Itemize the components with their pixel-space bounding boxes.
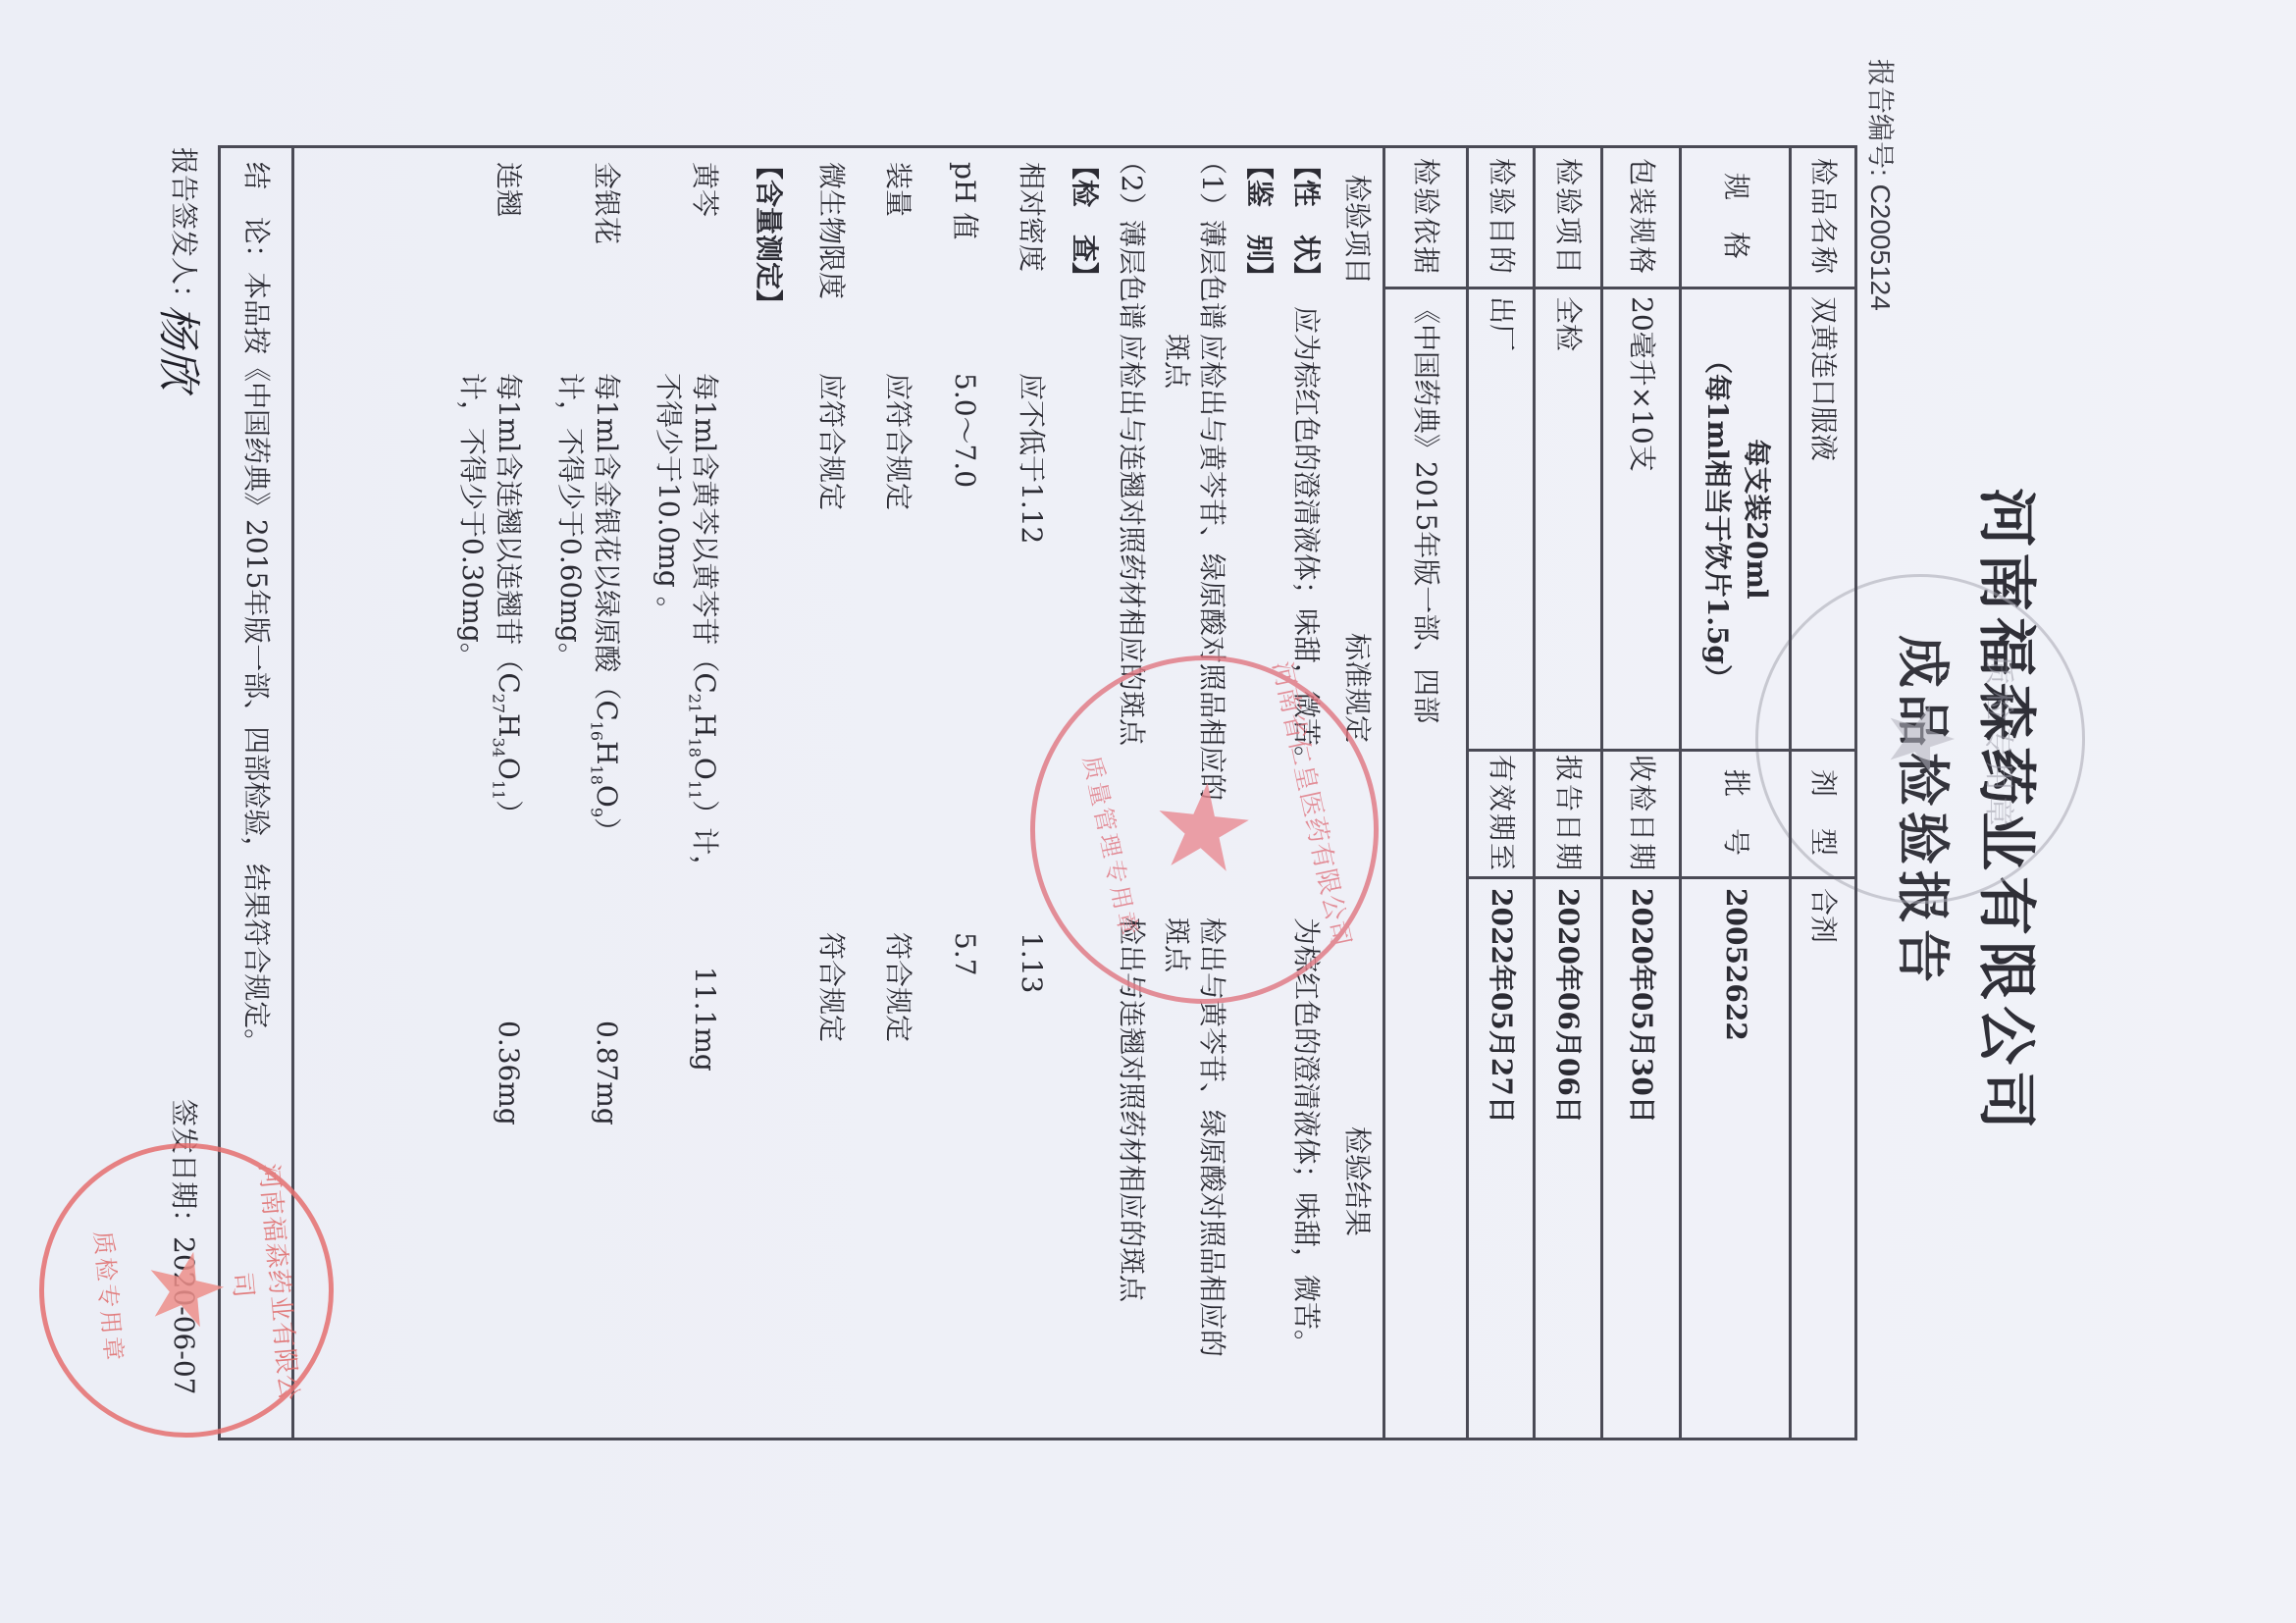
product-name-value: 双黄连口服液 — [1792, 296, 1855, 748]
conclusion: 结 论：本品按《中国药典》2015年版一部、四部检验，结果符合规定。 — [239, 162, 273, 1056]
report-number-value: C2005124 — [1865, 184, 1896, 311]
formula-suffix: ） — [591, 817, 623, 845]
identification-1-item: （1）薄层色谱 — [1195, 147, 1228, 330]
element-o: O — [591, 785, 623, 808]
batch-label: 批 号 — [1682, 751, 1790, 876]
inspection-fill-standard: 应符合规定 — [881, 373, 914, 510]
subscript: 27 — [489, 694, 507, 713]
report-date-label: 报告日期 — [1536, 751, 1601, 876]
inspection-ph-result: 5.7 — [948, 932, 981, 976]
subscript: 11 — [489, 780, 507, 800]
inspection-density-item: 相对密度 — [1015, 162, 1048, 272]
batch-value: 20052622 — [1682, 888, 1790, 1438]
col-divider — [1385, 287, 1857, 289]
element-h: H — [493, 713, 525, 737]
assay-honeysuckle-result: 0.87mg — [590, 1021, 623, 1126]
table-border-right — [218, 1438, 1857, 1440]
subscript: 18 — [587, 765, 605, 785]
assay-forsythia-standard-cont: 计，不得少于0.30mg。 — [455, 373, 489, 670]
assay-scutellaria-standard-cont: 不得少于10.0mg 。 — [652, 373, 685, 624]
inspection-fill-item: 装量 — [881, 162, 914, 217]
character-result: 为棕红色的澄清液体；味甜，微苦。 — [1289, 917, 1323, 1357]
expiry-value: 2022年05月27日 — [1469, 888, 1534, 1438]
inspection-report-page: 河南福森药业有限公司 成品检验报告 报告编号: C2005124 ★ 质检专用章… — [0, 0, 2296, 1623]
subscript: 9 — [587, 808, 605, 817]
formula-suffix: ） — [493, 800, 525, 827]
package-label: 包装规格 — [1603, 147, 1680, 287]
element-o: O — [493, 758, 525, 780]
col-header-result: 检验结果 — [1340, 1126, 1374, 1236]
formula-prefix: 每1ml含金银花以绿原酸（C — [591, 373, 623, 721]
formula-prefix: 每1ml含黄芩以黄芩苷（C — [689, 373, 721, 694]
identification-1-standard-cont: 斑点 — [1160, 334, 1193, 389]
assay-scutellaria-result: 11.1mg — [688, 967, 721, 1072]
report-number: 报告编号: C2005124 — [1862, 59, 1902, 311]
dosage-form-value: 合剂 — [1792, 888, 1855, 1438]
stamp-text-top: 河南福森药业有限公司 — [216, 1153, 310, 1413]
test-items-value: 全检 — [1536, 296, 1601, 748]
inspection-microbial-result: 符合规定 — [814, 932, 848, 1042]
assay-forsythia-item: 连翘 — [492, 162, 525, 217]
company-qa-stamp: ★ 河南福森药业有限公司 质检专用章 — [26, 1130, 345, 1449]
inspection-ph-standard: 5.0～7.0 — [948, 373, 981, 488]
assay-honeysuckle-standard-cont: 计，不得少于0.60mg。 — [553, 373, 587, 670]
spec-value: 每支装20ml （每1ml相当于饮片1.5g） — [1697, 289, 1776, 749]
col-divider — [1469, 876, 1857, 879]
inspection-microbial-item: 微生物限度 — [814, 162, 848, 299]
inspection-ph-item: pH 值 — [948, 162, 981, 239]
col-header-item: 检验项目 — [1340, 175, 1374, 285]
assay-honeysuckle-item: 金银花 — [590, 162, 623, 244]
spec-line-1: 每支装20ml — [1737, 289, 1776, 749]
dosage-form-label: 剂 型 — [1792, 751, 1855, 876]
report-date-value: 2020年06月06日 — [1536, 888, 1601, 1438]
formula-suffix: ）计， — [689, 800, 721, 882]
received-date-value: 2020年05月30日 — [1603, 888, 1680, 1438]
section-inspection: 【检 查】 — [1068, 152, 1101, 289]
inspection-fill-result: 符合规定 — [881, 932, 914, 1042]
signature: 杨欣 — [151, 304, 214, 391]
section-assay: 【含量测定】 — [752, 152, 785, 317]
basis-value: 《中国药典》2015年版一部、四部 — [1385, 296, 1467, 1435]
received-date-label: 收检日期 — [1603, 751, 1680, 876]
star-icon: ★ — [1876, 700, 1964, 779]
signer-label: 报告签发人： — [167, 147, 200, 312]
conclusion-label: 结 论： — [240, 162, 273, 272]
subscript: 34 — [489, 738, 507, 758]
inspection-density-standard: 应不低于1.12 — [1015, 373, 1048, 544]
package-value: 20毫升×10支 — [1603, 296, 1680, 748]
test-items-label: 检验项目 — [1536, 147, 1601, 287]
spec-line-2: （每1ml相当于饮片1.5g） — [1697, 289, 1737, 749]
element-h: H — [591, 741, 623, 764]
subscript: 11 — [685, 780, 704, 800]
stamp-text: 质检专用章 — [1980, 655, 2023, 832]
subscript: 16 — [587, 721, 605, 741]
basis-label: 检验依据 — [1385, 147, 1467, 287]
product-name-label: 检品名称 — [1792, 147, 1855, 287]
assay-scutellaria-item: 黄芩 — [688, 162, 721, 217]
spec-label: 规 格 — [1682, 147, 1790, 287]
section-character: 【性 状】 — [1289, 152, 1323, 289]
identification-2-item: （2）薄层色谱 — [1115, 147, 1148, 330]
subscript: 18 — [685, 738, 704, 758]
assay-forsythia-result: 0.36mg — [492, 1021, 525, 1126]
subscript: 21 — [685, 694, 704, 713]
section-identification: 【鉴 别】 — [1242, 152, 1276, 289]
conclusion-text: 本品按《中国药典》2015年版一部、四部检验，结果符合规定。 — [240, 272, 273, 1056]
formula-prefix: 每1ml含连翘以连翘苷（C — [493, 373, 525, 694]
purpose-label: 检验目的 — [1469, 147, 1534, 287]
element-h: H — [689, 713, 721, 737]
element-o: O — [689, 758, 721, 780]
inspection-microbial-standard: 应符合规定 — [814, 373, 848, 510]
star-icon: ★ — [1136, 765, 1274, 893]
inspection-density-result: 1.13 — [1015, 932, 1048, 993]
report-number-label: 报告编号: — [1865, 59, 1896, 177]
purpose-value: 出厂 — [1469, 296, 1534, 748]
expiry-label: 有效期至 — [1469, 751, 1534, 876]
